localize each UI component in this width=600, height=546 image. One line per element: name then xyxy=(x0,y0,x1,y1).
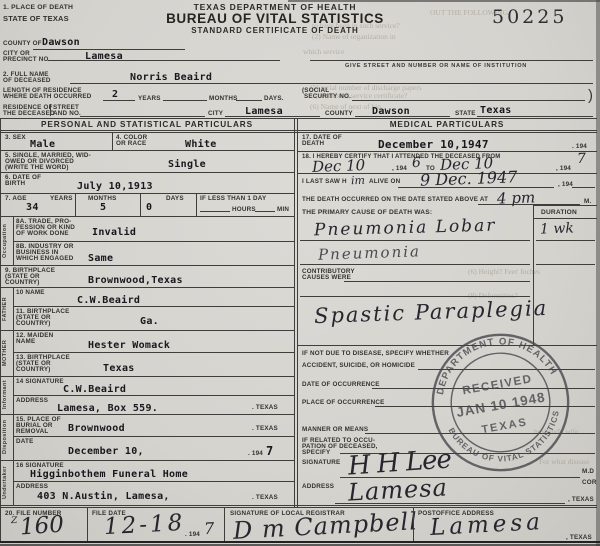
title-line3: STANDARD CERTIFICATE OF DEATH xyxy=(110,26,440,35)
bleedthrough-text: which service xyxy=(303,47,344,56)
death-occurred-time: 4 pm xyxy=(497,188,536,207)
rule xyxy=(50,104,51,116)
contributory-cause-value: Spastic Paraplegia xyxy=(314,296,549,328)
months-label: MONTHS xyxy=(209,95,238,104)
father-birthplace-label-line3: COUNTRY) xyxy=(16,320,51,329)
rule xyxy=(536,264,595,265)
hours-label: HOURS xyxy=(232,206,256,215)
stamp-texas-text: TEXAS xyxy=(481,416,529,436)
mother-name-value: Hester Womack xyxy=(88,340,170,351)
undertaker-address-value: 403 N.Austin, Lamesa, xyxy=(37,491,170,502)
rule xyxy=(13,306,294,307)
rule xyxy=(224,507,225,541)
rule xyxy=(0,505,597,506)
attended-to-year: 7 xyxy=(577,151,586,167)
rule xyxy=(0,287,294,288)
rule xyxy=(0,376,294,377)
physician-signature-label: SIGNATURE xyxy=(302,459,340,468)
date-of-death-label-line2: DEATH xyxy=(302,140,324,149)
informant-address-state: . TEXAS xyxy=(252,404,278,413)
rule xyxy=(533,205,597,206)
age-days-value: 0 xyxy=(146,202,152,213)
undertaker-address-state: . TEXAS xyxy=(252,494,278,503)
rule xyxy=(0,541,600,543)
mother-birthplace-value: Texas xyxy=(103,363,135,374)
rule xyxy=(225,116,320,117)
informant-address-value: Lamesa, Box 559. xyxy=(57,403,158,414)
city-label-line2: PRECINCT NO. xyxy=(3,56,51,65)
undertaker-signature-value: Higginbothem Funeral Home xyxy=(30,469,188,480)
rule xyxy=(103,100,135,101)
rule xyxy=(0,414,294,415)
full-name-value: Norris Beaird xyxy=(130,72,212,83)
rule xyxy=(355,116,450,117)
rule xyxy=(0,216,294,217)
rule xyxy=(0,330,294,331)
age-years-value: 34 xyxy=(26,202,39,213)
dob-value: July 10,1913 xyxy=(77,181,153,192)
burial-place-value: Brownwood xyxy=(68,423,125,434)
md-label: M.D xyxy=(582,468,594,477)
rule xyxy=(200,211,230,212)
rule xyxy=(236,100,262,101)
rule xyxy=(533,218,597,219)
rule xyxy=(33,49,185,50)
rule xyxy=(70,83,593,84)
years-label: YEARS xyxy=(138,95,161,104)
rule xyxy=(344,281,530,282)
sex-value: Male xyxy=(30,139,55,150)
burial-date-value: December 10, xyxy=(68,446,144,457)
rule xyxy=(300,264,530,265)
mother-name-label-line2: NAME xyxy=(16,338,35,347)
residence-years-value: 2 xyxy=(112,89,118,100)
trade-label-line3: OF WORK DONE xyxy=(16,230,69,239)
rule xyxy=(0,150,294,151)
mother-side-label: MOTHER xyxy=(2,333,13,373)
column-divider xyxy=(294,118,295,507)
physician-address-state: , TEXAS xyxy=(568,496,594,505)
industry-label-line3: WHICH ENGAGED xyxy=(16,255,74,264)
rule xyxy=(196,193,197,216)
rule xyxy=(300,240,530,241)
father-name-label: 10 NAME xyxy=(16,289,45,298)
related-occupation-label-line3: SPECIFY xyxy=(302,449,330,458)
date-of-death-value: December 10,1947 xyxy=(378,138,489,151)
death-occurred-label: THE DEATH OCCURRED ON THE DATE STATED AB… xyxy=(302,196,488,205)
physician-address-value: Lamesa xyxy=(347,473,448,506)
informant-signature-label: 14 SIGNATURE xyxy=(16,378,64,387)
rule xyxy=(536,240,595,241)
full-name-label-line2: OF DECEASED xyxy=(3,77,51,86)
occupation-side-label: Occupation xyxy=(2,218,13,263)
institution-note: GIVE STREET AND NUMBER OR NAME OF INSTIT… xyxy=(345,63,527,69)
rule xyxy=(297,151,597,152)
days-label: DAYS. xyxy=(264,95,284,104)
residence-length-label-line2: WHERE DEATH OCCURRED xyxy=(3,93,92,102)
rule xyxy=(112,132,113,150)
rule xyxy=(0,265,294,266)
accident-suicide-homicide-label: ACCIDENT, SUICIDE, OR HOMICIDE xyxy=(302,362,415,371)
physician-address-label: ADDRESS xyxy=(302,483,334,492)
medical-section-title: MEDICAL PARTICULARS xyxy=(297,120,597,129)
file-number-value: 160 xyxy=(19,512,65,541)
place-of-death-label: 1. PLACE OF DEATH xyxy=(3,3,73,12)
file-number-sub: Z xyxy=(11,516,18,526)
informant-address-label: ADDRESS xyxy=(16,397,48,406)
rule xyxy=(163,100,207,101)
personal-section-title: PERSONAL AND STATISTICAL PARTICULARS xyxy=(0,120,294,129)
rule xyxy=(0,130,597,131)
min-label: MIN xyxy=(277,206,289,215)
rule xyxy=(75,193,76,216)
race-value: White xyxy=(185,139,217,150)
file-date-year-preprint: . 194 xyxy=(185,531,200,540)
bleedthrough-text: (6) Height? Feet' Inches xyxy=(468,267,540,276)
if-less-than-day-label: IF LESS THAN 1 DAY xyxy=(200,195,266,204)
age-label: 7. AGE xyxy=(5,195,27,204)
mother-birthplace-label-line3: COUNTRY) xyxy=(16,366,51,375)
rule xyxy=(13,481,294,482)
trade-value: Invalid xyxy=(92,227,136,238)
file-date-value: 12-18 xyxy=(103,510,186,540)
informant-side-label: Informant xyxy=(2,378,13,412)
state-of-texas-label: STATE OF TEXAS xyxy=(3,14,69,24)
last-saw-year-preprint: , 194 xyxy=(558,181,573,190)
ssn-close-paren: ) xyxy=(588,87,593,104)
age-months-value: 5 xyxy=(100,202,106,213)
rule xyxy=(13,352,294,353)
rule xyxy=(572,187,595,188)
burial-date-year-value: 7 xyxy=(266,444,274,458)
postoffice-address-value: Lamesa xyxy=(429,509,544,541)
rule xyxy=(0,460,294,461)
birthplace-value: Brownwood,Texas xyxy=(88,275,183,286)
column-divider xyxy=(297,118,298,507)
father-birthplace-value: Ga. xyxy=(140,316,159,327)
place-of-occurrence-label: PLACE OF OCCURRENCE xyxy=(302,399,385,408)
residence-state-value: Texas xyxy=(480,105,512,116)
undertaker-side-label: Undertaker xyxy=(2,462,13,503)
file-date-year-value: 7 xyxy=(204,519,215,538)
rule xyxy=(0,193,294,194)
rule xyxy=(413,507,414,541)
rule xyxy=(0,132,597,133)
sex-label: 3. SEX xyxy=(5,134,26,143)
age-years-label: YEARS xyxy=(50,195,73,204)
industry-value: Same xyxy=(88,253,113,264)
rule xyxy=(140,193,141,216)
primary-cause-label: THE PRIMARY CAUSE OF DEATH WAS: xyxy=(302,209,432,218)
rule xyxy=(477,116,593,117)
cause-of-death-line2: Pneumonia xyxy=(318,242,422,264)
cause-of-death-line1: Pneumonia Lobar xyxy=(314,216,497,241)
rule xyxy=(0,172,294,173)
rule xyxy=(80,116,205,117)
rule xyxy=(0,507,597,508)
rule xyxy=(310,60,593,61)
death-certificate: OUT THE FOLLOWING to have been in such s… xyxy=(0,0,600,546)
scan-edge-right xyxy=(596,0,600,546)
father-side-label: FATHER xyxy=(2,290,13,328)
burial-date-label: DATE xyxy=(16,438,33,447)
rule xyxy=(13,287,14,505)
last-saw-label-part2: ALIVE ON xyxy=(369,178,400,187)
rule xyxy=(13,395,294,396)
received-stamp: DEPARTMENT OF HEALTH BUREAU OF VITAL STA… xyxy=(417,319,585,487)
burial-date-year-preprint: . 194 xyxy=(248,450,263,459)
informant-signature-value: C.W.Beaird xyxy=(63,384,126,395)
disposition-side-label: Disposition xyxy=(2,416,13,458)
rule xyxy=(335,503,565,504)
ssn-label-line2: SECURITY NO. xyxy=(304,93,351,102)
father-name-value: C.W.Beaird xyxy=(77,295,140,306)
marital-value: Single xyxy=(168,159,206,170)
date-of-occurrence-label: DATE OF OCCURRENCE xyxy=(302,381,380,390)
certificate-number: 50225 xyxy=(492,6,567,28)
rule xyxy=(0,118,597,119)
last-saw-label-part1: I LAST SAW H xyxy=(302,178,347,187)
rule xyxy=(13,241,294,242)
rule xyxy=(13,436,294,437)
age-days-label: DAYS xyxy=(166,195,184,204)
rule xyxy=(48,60,280,61)
rule xyxy=(87,507,88,541)
county-label: COUNTY OF xyxy=(3,40,42,49)
duration-label: DURATION xyxy=(541,209,577,218)
cor-label: COR xyxy=(582,479,597,488)
dob-label-line2: BIRTH xyxy=(5,180,25,189)
rule xyxy=(255,211,275,212)
burial-state: . TEXAS xyxy=(252,425,278,434)
cause-duration-value: 1 wk xyxy=(540,220,574,237)
last-saw-fill: im xyxy=(351,174,365,187)
manner-or-means-label: MANNER OR MEANS xyxy=(302,426,368,435)
county-value: Dawson xyxy=(42,37,80,48)
title-line2: BUREAU OF VITAL STATISTICS xyxy=(110,11,440,26)
race-label-line2: OR RACE xyxy=(116,140,146,149)
rule xyxy=(352,100,585,101)
attended-from-year: 6 xyxy=(412,155,421,171)
